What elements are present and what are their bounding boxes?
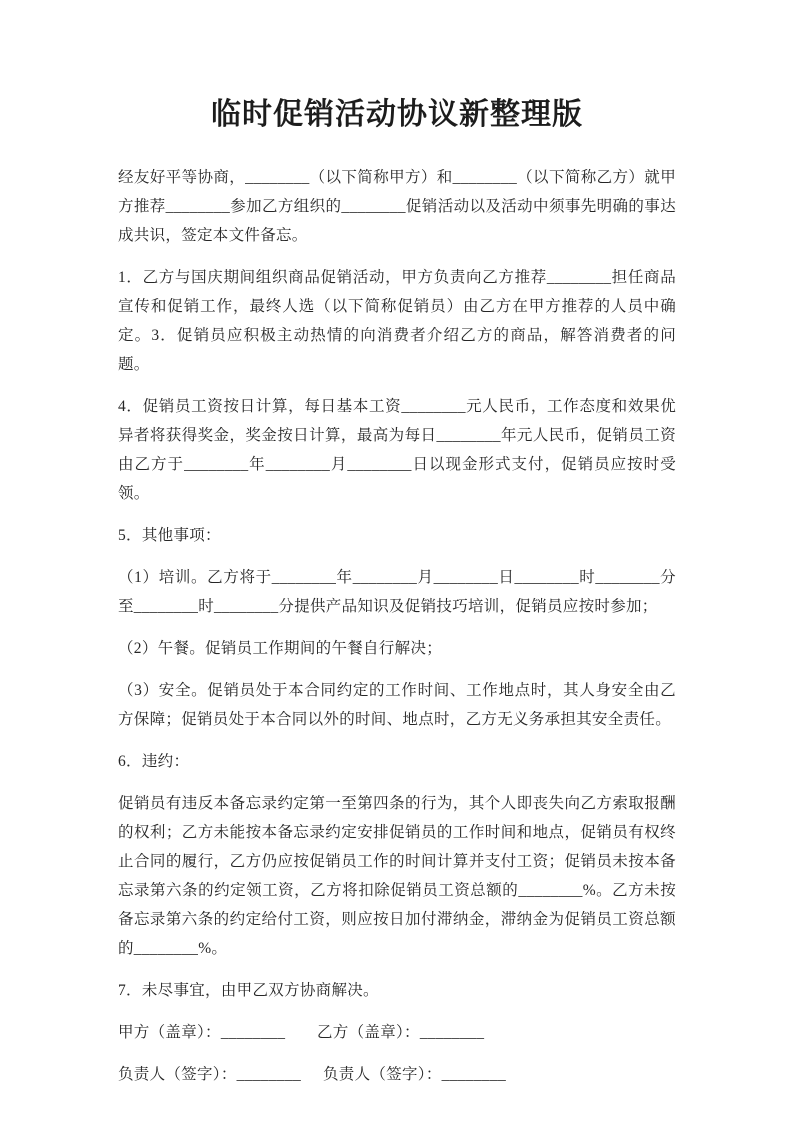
paragraph-clause-6-heading: 6．违约： [118,747,676,776]
paragraph-clause-6-breach: 促销员有违反本备忘录约定第一至第四条的行为，其个人即丧失向乙方索取报酬的权利；乙… [118,789,676,963]
paragraph-clause-7: 7．未尽事宜，由甲乙双方协商解决。 [118,976,676,1005]
paragraph-preamble: 经友好平等协商，________（以下简称甲方）和________（以下简称乙方… [118,163,676,250]
paragraph-clause-4-wages: 4．促销员工资按日计算，每日基本工资________元人民币，工作态度和效果优异… [118,392,676,508]
party-b-seal-label: 乙方（盖章）：________ [317,1024,484,1041]
paragraph-clause-1: 1．乙方与国庆期间组织商品促销活动，甲方负责向乙方推荐________担任商品宣… [118,263,676,379]
document-title: 临时促销活动协议新整理版 [118,95,676,135]
document-page: 临时促销活动协议新整理版 经友好平等协商，________（以下简称甲方）和__… [0,0,793,1122]
party-b-signer-label: 负责人（签字）：________ [323,1066,506,1083]
party-a-signer-label: 负责人（签字）：________ [118,1060,323,1089]
signature-row-sign: 负责人（签字）：________负责人（签字）：________ [118,1060,676,1089]
paragraph-clause-5-item-1-training: （1）培训。乙方将于________年________月________日___… [118,563,676,621]
party-a-seal-label: 甲方（盖章）：________ [118,1018,317,1047]
paragraph-clause-5-item-2-lunch: （2）午餐。促销员工作期间的午餐自行解决； [118,634,676,663]
signature-row-seal: 甲方（盖章）：________乙方（盖章）：________ [118,1018,676,1047]
paragraph-clause-5-item-3-safety: （3）安全。促销员处于本合同约定的工作时间、工作地点时，其人身安全由乙方保障；促… [118,676,676,734]
paragraph-clause-5-heading: 5．其他事项： [118,521,676,550]
